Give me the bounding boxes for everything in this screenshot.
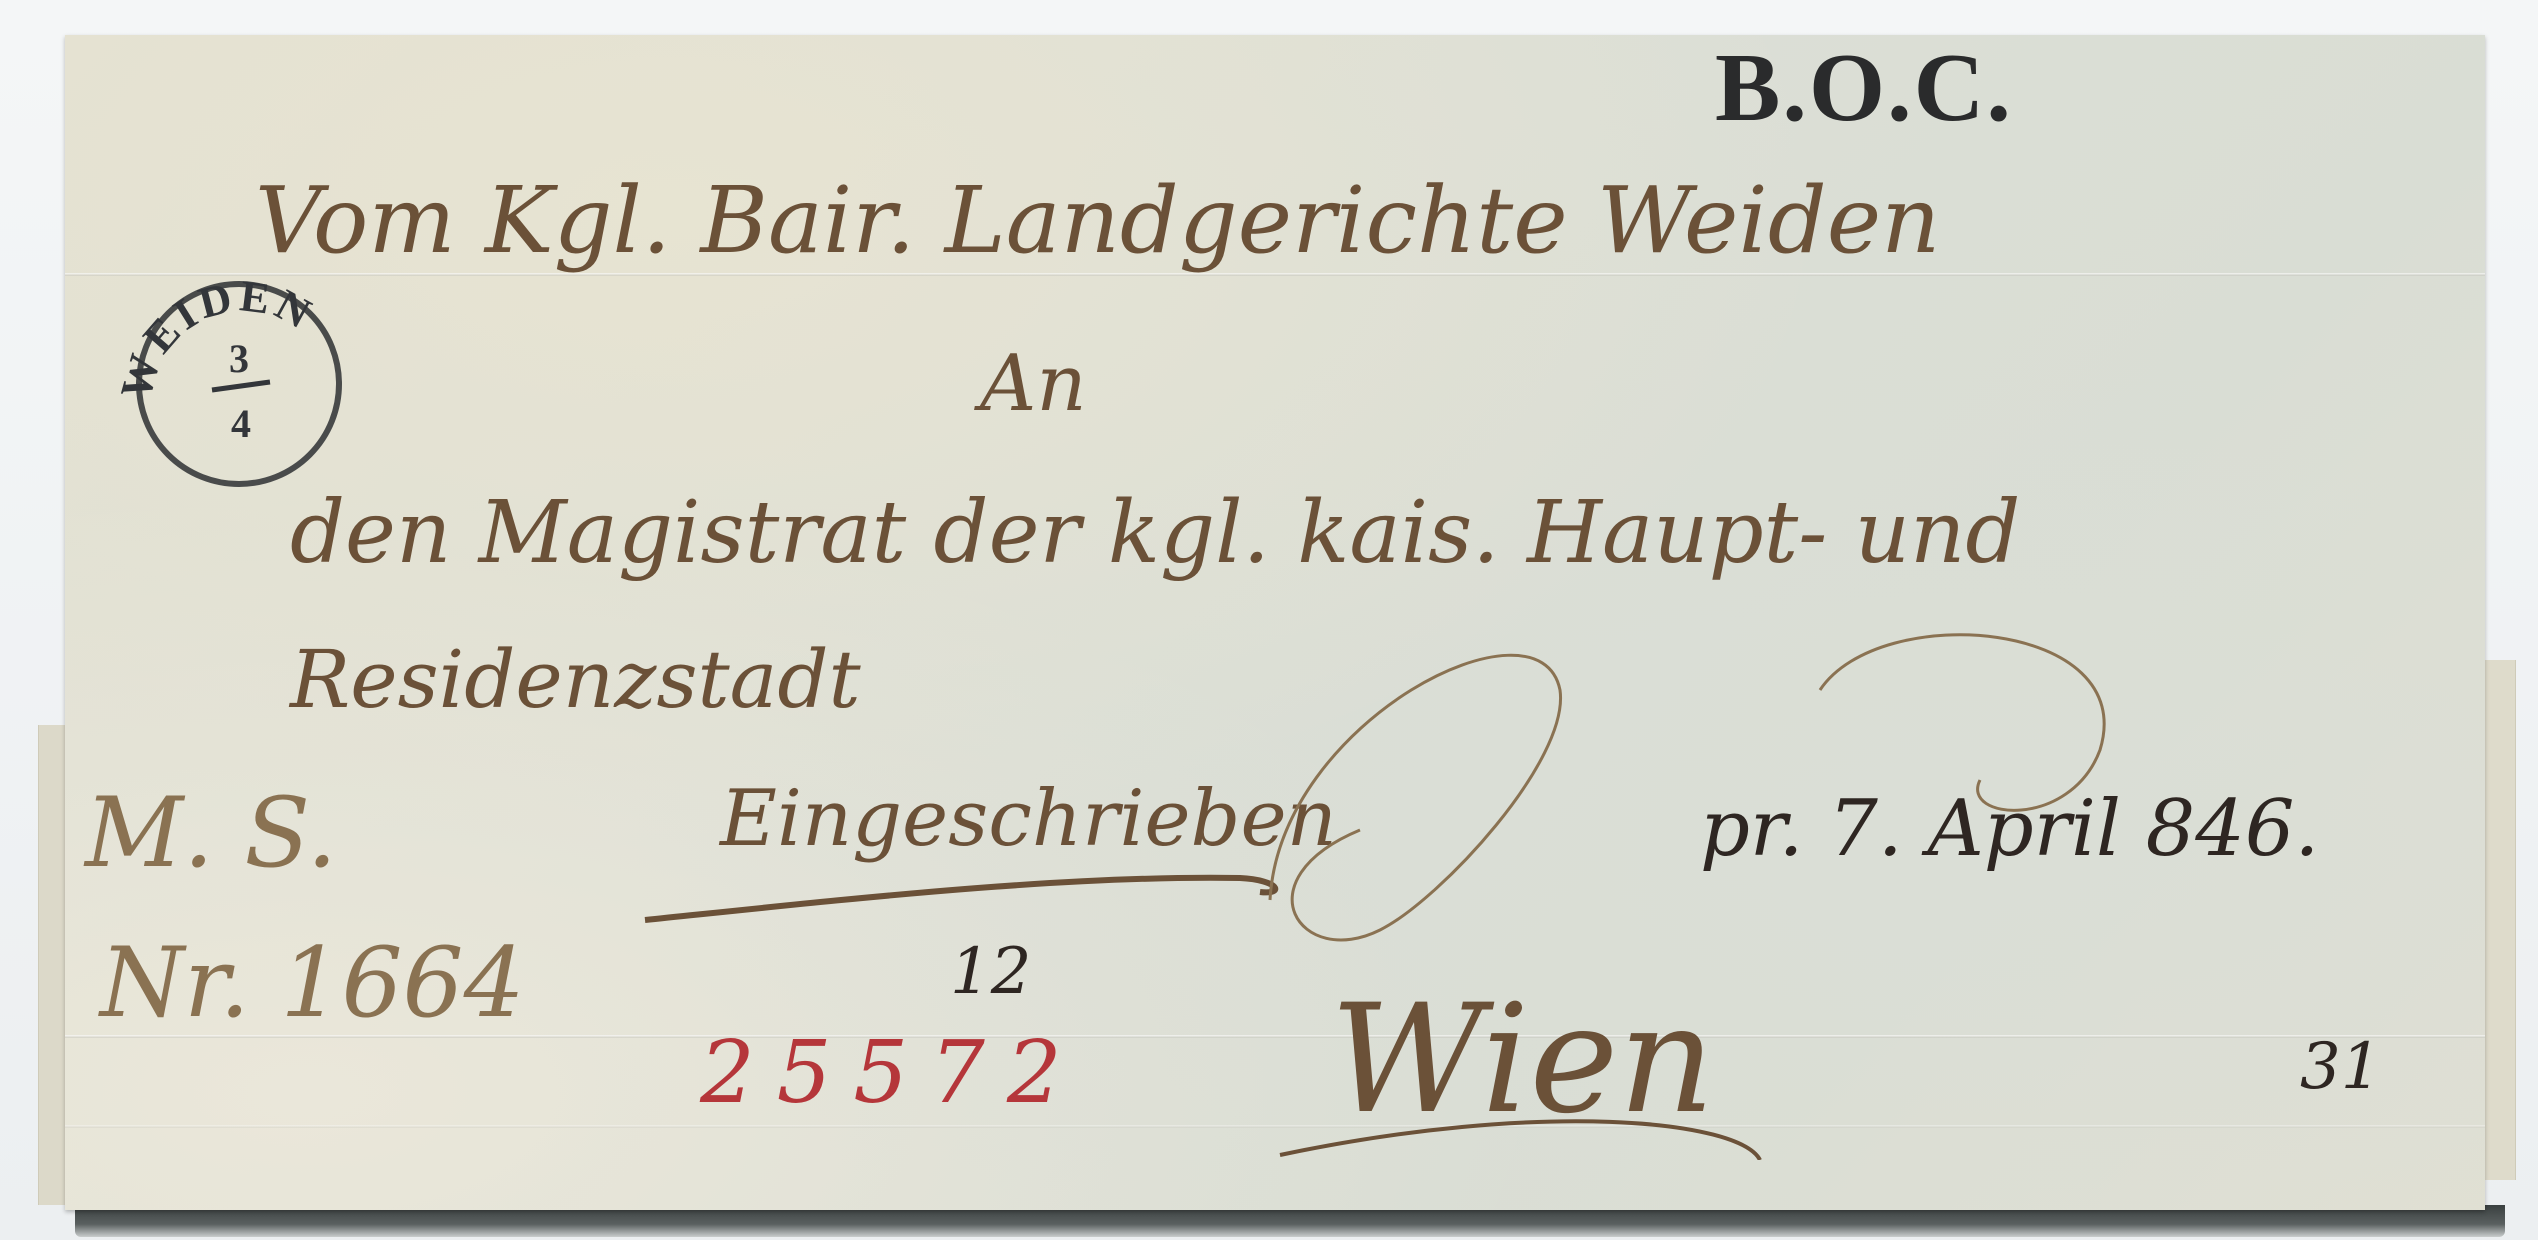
- rate-annotation: 12: [950, 940, 1031, 1004]
- ms-annotation: M. S.: [85, 785, 337, 881]
- docket-number: 31: [2300, 1035, 2381, 1099]
- svg-text:WEIDEN: WEIDEN: [120, 271, 322, 404]
- weiden-postmark: WEIDEN 3 4: [120, 262, 358, 500]
- postmark-month: 4: [231, 401, 251, 446]
- destination-city: Wien: [1330, 985, 1715, 1135]
- postmark-day: 3: [229, 336, 249, 381]
- red-registry-number: 25572: [700, 1030, 1084, 1116]
- address-line-2: An: [980, 345, 1087, 423]
- underline-flourish-icon: [640, 860, 1290, 930]
- received-note: pr. 7. April 846.: [1700, 790, 2319, 868]
- postmark-town: WEIDEN: [120, 271, 322, 404]
- postmark-circle-icon: WEIDEN 3 4: [120, 262, 358, 500]
- address-line-3: den Magistrat der kgl. kais. Haupt- und: [290, 490, 2020, 576]
- nr-annotation: Nr. 1664: [100, 935, 525, 1031]
- address-line-1: Vom Kgl. Bair. Landgerichte Weiden: [255, 175, 1940, 267]
- address-line-4: Residenzstadt: [290, 640, 861, 720]
- boc-handstamp: B.O.C.: [1715, 32, 2013, 144]
